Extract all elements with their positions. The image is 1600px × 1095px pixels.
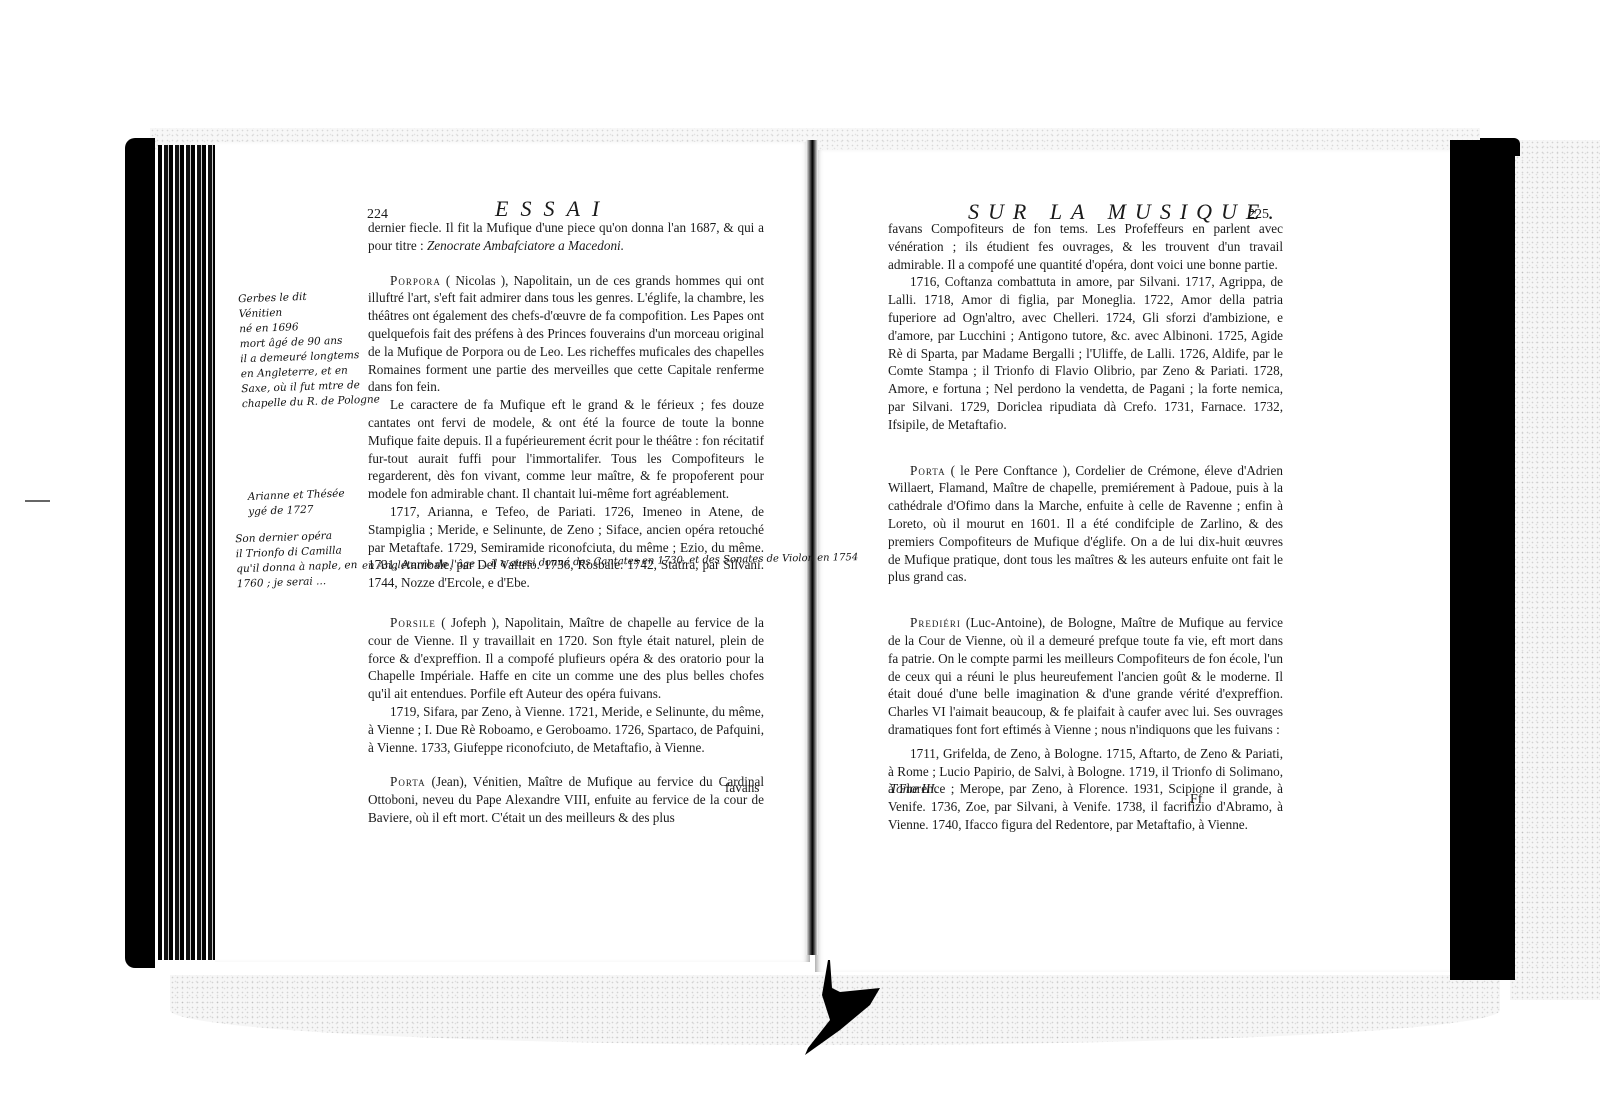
entry-porta-constance: Porta ( le Pere Conftance ), Cordelier d… [888, 462, 1283, 587]
right-page-text: favans Compofiteurs de fon tems. Les Pro… [888, 220, 1283, 834]
book-cover-right-corner [1480, 138, 1520, 156]
signature-mark: Ff [1190, 792, 1202, 808]
entry-porpora: Porpora ( Nicolas ), Napolitain, un de c… [368, 272, 764, 397]
handwritten-note: Son dernier opéra il Trionfo di Camilla … [235, 528, 367, 593]
left-page-text: dernier fiecle. Il fit la Mufique d'une … [368, 219, 764, 827]
catchword: favans [725, 780, 759, 796]
entry-name: Porta [390, 774, 426, 789]
works-list: 1719, Sifara, par Zeno, à Vienne. 1721, … [368, 703, 764, 756]
entry-name: Porsile [390, 615, 436, 630]
entry-predieri: Prediéri (Luc-Antoine), de Bologne, Maît… [888, 614, 1283, 739]
works-list: 1717, Arianna, e Tefeo, de Pariati. 1726… [368, 503, 764, 592]
entry-porsile: Porsile ( Jofeph ), Napolitain, Maître d… [368, 614, 764, 703]
book-cover-right [1450, 140, 1515, 980]
entry-name: Prediéri [910, 615, 961, 630]
entry-name: Porta [910, 463, 946, 478]
page-edges-left [158, 145, 218, 960]
scan-background-right [1510, 140, 1600, 1000]
paragraph-continuation: dernier fiecle. Il fit la Mufique d'une … [368, 219, 764, 255]
book-cover-left [125, 138, 155, 968]
handwritten-note: Arianne et Thésée ygé de 1727 [248, 486, 359, 520]
works-list: 1711, Grifelda, de Zeno, à Bologne. 1715… [888, 745, 1283, 834]
handwritten-note: Gerbes le dit Vénitien né en 1696 mort â… [238, 288, 372, 412]
book-gutter [806, 140, 818, 955]
entry-name: Porpora [390, 273, 441, 288]
footer-tome: Tome III. [890, 781, 938, 797]
scan-mark [25, 500, 50, 502]
works-list: 1716, Coftanza combattuta in amore, par … [888, 273, 1283, 433]
bookmark-ribbon [800, 960, 890, 1080]
paragraph-body: Le caractere de fa Mufique eft le grand … [368, 396, 764, 503]
entry-porta-jean: Porta (Jean), Vénitien, Maître de Mufiqu… [368, 773, 764, 826]
paragraph-continuation: favans Compofiteurs de fon tems. Les Pro… [888, 220, 1283, 273]
